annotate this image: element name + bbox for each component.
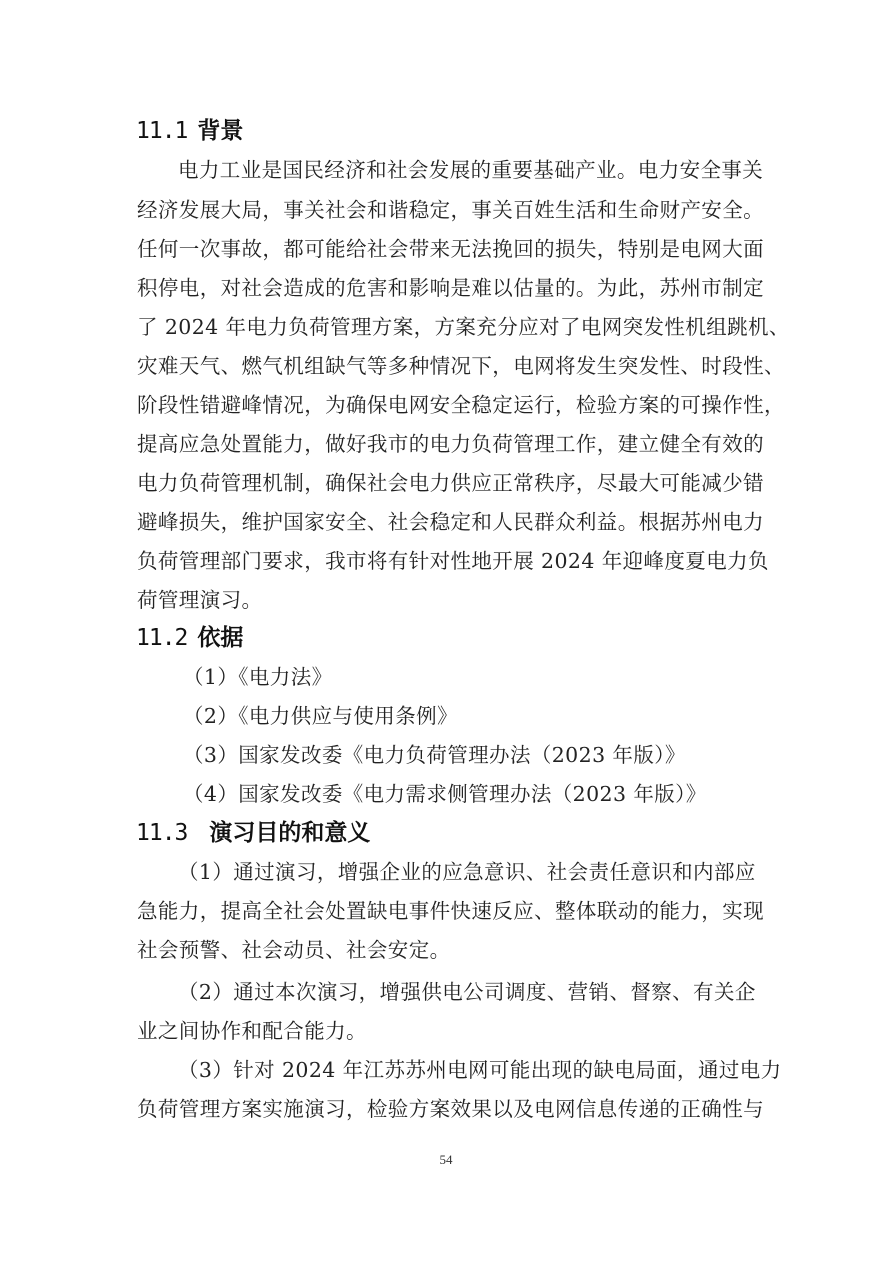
paragraph-line: 提高应急处置能力，做好我市的电力负荷管理工作，建立健全有效的 xyxy=(137,430,762,458)
paragraph-line: （3）针对 2024 年江苏苏州电网可能出现的缺电局面，通过电力 xyxy=(178,1056,803,1084)
section-number: 11.1 xyxy=(136,118,187,144)
reference-item: （2）《电力供应与使用条例》 xyxy=(183,702,808,730)
paragraph-line: 急能力，提高全社会处置缺电事件快速反应、整体联动的能力，实现 xyxy=(137,897,762,925)
section-heading-11-1: 11.1背景 xyxy=(136,116,243,146)
paragraph-line: 社会预警、社会动员、社会安定。 xyxy=(137,936,762,964)
paragraph-line: 任何一次事故，都可能给社会带来无法挽回的损失，特别是电网大面 xyxy=(137,235,762,263)
reference-item: （3）国家发改委《电力负荷管理办法（2023 年版）》 xyxy=(183,741,808,769)
section-number: 11.3 xyxy=(136,820,187,846)
paragraph-line: 负荷管理方案实施演习，检验方案效果以及电网信息传递的正确性与 xyxy=(137,1095,762,1123)
paragraph-line: 灾难天气、燃气机组缺气等多种情况下，电网将发生突发性、时段性、 xyxy=(137,352,762,380)
reference-item: （4）国家发改委《电力需求侧管理办法（2023 年版）》 xyxy=(183,780,808,808)
paragraph-line: 负荷管理部门要求，我市将有针对性地开展 2024 年迎峰度夏电力负 xyxy=(137,547,762,575)
paragraph-line: 积停电，对社会造成的危害和影响是难以估量的。为此，苏州市制定 xyxy=(137,274,762,302)
document-page: 11.1背景 电力工业是国民经济和社会发展的重要基础产业。电力安全事关 经济发展… xyxy=(0,0,892,1262)
paragraph-line: 电力工业是国民经济和社会发展的重要基础产业。电力安全事关 xyxy=(178,156,803,184)
paragraph-line: 了 2024 年电力负荷管理方案，方案充分应对了电网突发性机组跳机、 xyxy=(137,313,762,341)
paragraph-line: （2）通过本次演习，增强供电公司调度、营销、督察、有关企 xyxy=(178,978,803,1006)
section-number: 11.2 xyxy=(136,625,187,651)
section-title: 背景 xyxy=(197,117,243,144)
paragraph-line: 经济发展大局，事关社会和谐稳定，事关百姓生活和生命财产安全。 xyxy=(137,196,762,224)
paragraph-line: （1）通过演习，增强企业的应急意识、社会责任意识和内部应 xyxy=(178,858,803,886)
page-number: 54 xyxy=(0,1152,892,1168)
paragraph-line: 电力负荷管理机制，确保社会电力供应正常秩序，尽最大可能减少错 xyxy=(137,469,762,497)
paragraph-line: 避峰损失，维护国家安全、社会稳定和人民群众利益。根据苏州电力 xyxy=(137,508,762,536)
reference-item: （1）《电力法》 xyxy=(183,663,808,691)
section-heading-11-2: 11.2依据 xyxy=(136,623,243,653)
paragraph-line: 业之间协作和配合能力。 xyxy=(137,1017,762,1045)
paragraph-line: 阶段性错避峰情况，为确保电网安全稳定运行，检验方案的可操作性， xyxy=(137,391,762,419)
section-heading-11-3: 11.3演习目的和意义 xyxy=(136,818,370,848)
section-title: 演习目的和意义 xyxy=(209,819,370,846)
section-title: 依据 xyxy=(197,624,243,651)
paragraph-line: 荷管理演习。 xyxy=(137,586,762,614)
